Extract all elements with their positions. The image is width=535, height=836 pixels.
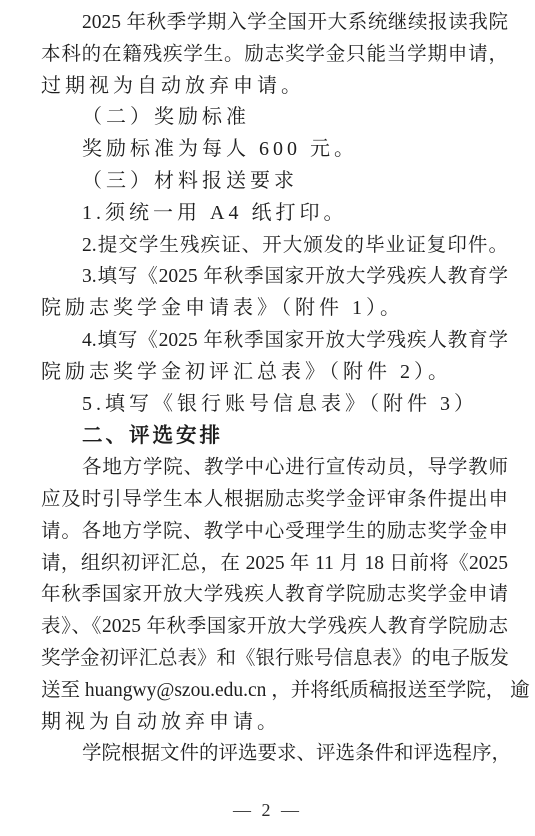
document-line: 各地方学院、教学中心进行宣传动员，导学教师 [41, 452, 508, 484]
document-line: 应及时引导学生本人根据励志奖学金评审条件提出申 [41, 484, 508, 516]
document-line: 请，组织初评汇总，在 2025 年 11 月 18 日前将《2025 [41, 548, 508, 580]
document-line: 4.填写《2025 年秋季国家开放大学残疾人教育学 [41, 325, 508, 357]
document-line: 院励志奖学金初评汇总表》（附件 2）。 [41, 357, 508, 389]
document-body: 2025 年秋季学期入学全国开大系统继续报读我院本科的在籍残疾学生。励志奖学金只… [41, 7, 508, 770]
document-line: 院励志奖学金申请表》（附件 1）。 [41, 293, 508, 325]
document-line: 3.填写《2025 年秋季国家开放大学残疾人教育学 [41, 261, 508, 293]
document-line: 年秋季国家开放大学残疾人教育学院励志奖学金申请 [41, 579, 508, 611]
document-line: 2025 年秋季学期入学全国开大系统继续报读我院 [41, 7, 508, 39]
document-line: （三）材料报送要求 [41, 166, 508, 198]
document-line: 学院根据文件的评选要求、评选条件和评选程序， [41, 738, 508, 770]
page-number: — 2 — [0, 800, 535, 821]
document-line: 奖励标准为每人 600 元。 [41, 134, 508, 166]
document-line: 送至 huangwy@szou.edu.cn ，并将纸质稿报送至学院， 逾 [41, 675, 508, 707]
document-line: 请。各地方学院、教学中心受理学生的励志奖学金申 [41, 516, 508, 548]
document-line: 表》、《2025 年秋季国家开放大学残疾人教育学院励志 [41, 611, 508, 643]
document-line: （二）奖励标准 [41, 102, 508, 134]
document-line: 本科的在籍残疾学生。励志奖学金只能当学期申请， [41, 39, 508, 71]
document-line: 过期视为自动放弃申请。 [41, 71, 508, 103]
document-line: 二、评选安排 [41, 420, 508, 452]
document-line: 1.须统一用 A4 纸打印。 [41, 198, 508, 230]
document-line: 期视为自动放弃申请。 [41, 707, 508, 739]
document-line: 5.填写《银行账号信息表》（附件 3） [41, 389, 508, 421]
document-line: 奖学金初评汇总表》和《银行账号信息表》的电子版发 [41, 643, 508, 675]
document-line: 2.提交学生残疾证、开大颁发的毕业证复印件。 [41, 230, 508, 262]
